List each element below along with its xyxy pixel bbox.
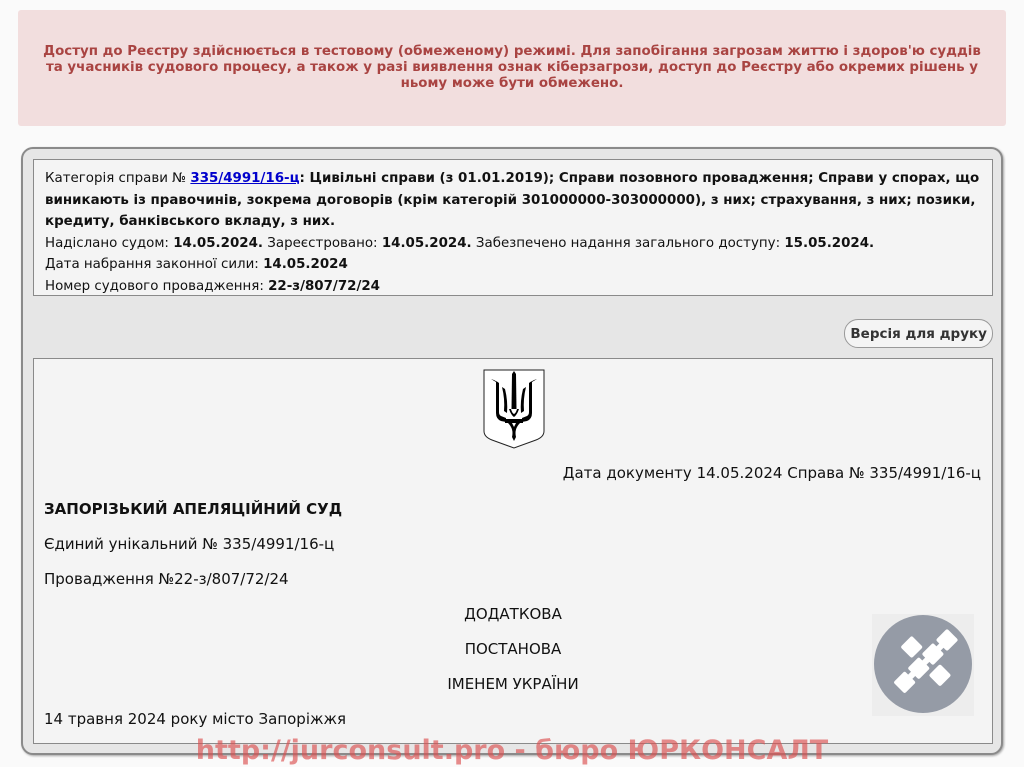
sent-date: 14.05.2024. (173, 236, 263, 251)
registry-access-alert: Доступ до Реєстру здійснюється в тестово… (18, 10, 1006, 126)
document-title-in-name-of-ukraine: ІМЕНЕМ УКРАЇНИ (34, 675, 992, 693)
alert-text: Доступ до Реєстру здійснюється в тестово… (18, 44, 1006, 92)
decision-container: Категорія справи № 335/4991/16-ц: Цивіль… (21, 147, 1003, 755)
print-version-button[interactable]: Версія для друку (844, 319, 993, 348)
case-category: Категорія справи № 335/4991/16-ц: Цивіль… (45, 168, 981, 233)
proceeding-number: Номер судового провадження: 22-з/807/72/… (45, 276, 981, 298)
case-dates: Надіслано судом: 14.05.2024. Зареєстрова… (45, 233, 981, 255)
case-number-link[interactable]: 335/4991/16-ц (190, 171, 299, 186)
place-and-date: 14 травня 2024 року місто Запоріжжя (44, 710, 346, 728)
puzzle-badge-icon[interactable] (872, 614, 974, 716)
court-name: ЗАПОРІЗЬКИЙ АПЕЛЯЦІЙНИЙ СУД (44, 500, 342, 518)
watermark-text: http://jurconsult.pro - бюро ЮРКОНСАЛТ (0, 734, 1024, 767)
unique-case-number: Єдиний унікальний № 335/4991/16-ц (44, 535, 334, 553)
legal-force-date: Дата набрання законної сили: 14.05.2024 (45, 254, 981, 276)
access-date: 15.05.2024. (784, 236, 874, 251)
ukraine-coat-of-arms-icon (483, 369, 545, 449)
document-body: Дата документу 14.05.2024 Справа № 335/4… (33, 358, 993, 744)
proceeding-line: Провадження №22-з/807/72/24 (44, 570, 289, 588)
registered-date: 14.05.2024. (382, 236, 472, 251)
document-title-resolution: ПОСТАНОВА (34, 640, 992, 658)
document-date-line: Дата документу 14.05.2024 Справа № 335/4… (563, 464, 981, 482)
case-info-panel: Категорія справи № 335/4991/16-ц: Цивіль… (33, 159, 993, 296)
document-title-additional: ДОДАТКОВА (34, 605, 992, 623)
